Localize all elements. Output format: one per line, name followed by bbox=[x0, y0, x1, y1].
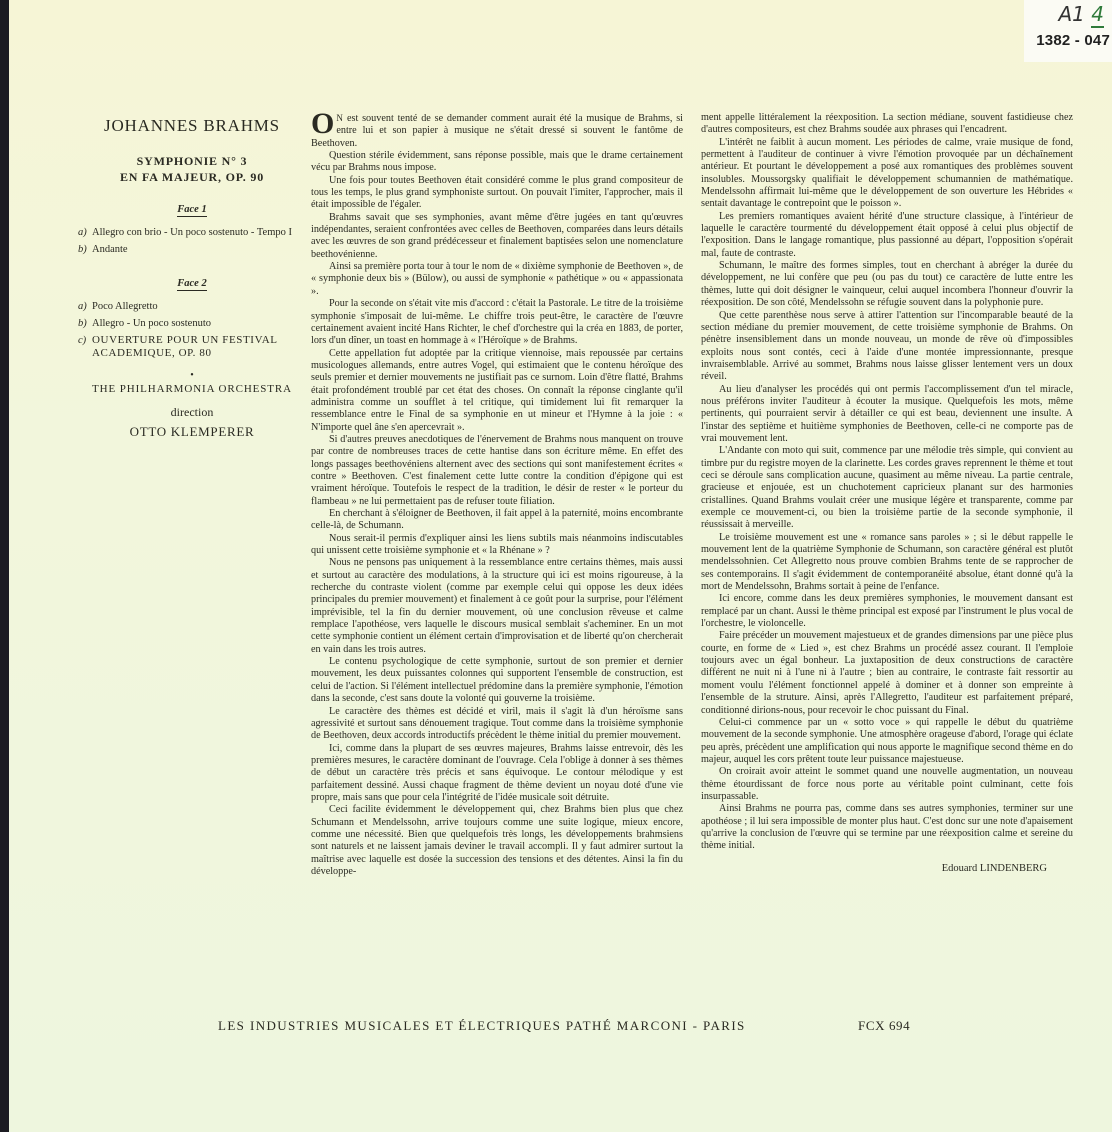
liner-paragraph: ment appelle littéralement la réexpositi… bbox=[701, 112, 1073, 137]
liner-notes-column-2: ment appelle littéralement la réexpositi… bbox=[701, 112, 1073, 875]
liner-paragraph: Le contenu psychologique de cette sympho… bbox=[311, 656, 683, 705]
face-1-tracklist: a) Allegro con brio - Un poco sostenuto … bbox=[78, 226, 306, 256]
face-2-tracklist: a) Poco Allegretto b) Allegro - Un poco … bbox=[78, 300, 306, 360]
liner-paragraph: Que cette parenthèse nous serve à attire… bbox=[701, 310, 1073, 384]
liner-paragraph: Ainsi sa première porta tour à tour le n… bbox=[311, 261, 683, 298]
face-2-heading: Face 2 bbox=[177, 278, 206, 291]
track-item: b) Allegro - Un poco sostenuto bbox=[78, 317, 306, 330]
direction-label: direction bbox=[78, 405, 306, 420]
track-item: b) Andante bbox=[78, 243, 306, 256]
liner-paragraph: Nous serait-il permis d'expliquer ainsi … bbox=[311, 533, 683, 558]
conductor-name: OTTO KLEMPERER bbox=[78, 424, 306, 440]
liner-paragraph: Ceci facilite évidemment le développemen… bbox=[311, 804, 683, 878]
handwritten-note: A1 4 bbox=[1059, 2, 1105, 26]
liner-paragraph: En cherchant à s'éloigner de Beethoven, … bbox=[311, 508, 683, 533]
liner-paragraph: Ici, comme dans la plupart de ses œuvres… bbox=[311, 743, 683, 805]
publisher-footer: LES INDUSTRIES MUSICALES ET ÉLECTRIQUES … bbox=[218, 1018, 918, 1034]
liner-paragraph: Au lieu d'analyser les procédés qui ont … bbox=[701, 384, 1073, 446]
liner-paragraph: Si d'autres preuves anecdotiques de l'én… bbox=[311, 434, 683, 508]
publisher-name: LES INDUSTRIES MUSICALES ET ÉLECTRIQUES … bbox=[218, 1018, 746, 1033]
liner-paragraph: Cette appellation fut adoptée par la cri… bbox=[311, 348, 683, 434]
track-item: a) Allegro con brio - Un poco sostenuto … bbox=[78, 226, 306, 239]
liner-paragraph: On croirait avoir atteint le sommet quan… bbox=[701, 766, 1073, 803]
liner-paragraph: ON est souvent tenté de se demander comm… bbox=[311, 112, 683, 150]
liner-notes-column-1: ON est souvent tenté de se demander comm… bbox=[311, 112, 683, 878]
liner-paragraph: Ainsi Brahms ne pourra pas, comme dans s… bbox=[701, 803, 1073, 852]
liner-paragraph: Brahms savait que ses symphonies, avant … bbox=[311, 212, 683, 261]
catalog-number: FCX 694 bbox=[858, 1018, 910, 1034]
orchestra-name: THE PHILHARMONIA ORCHESTRA bbox=[78, 383, 306, 395]
track-item: c) OUVERTURE POUR UN FESTIVAL ACADEMIQUE… bbox=[78, 334, 306, 360]
liner-paragraph: Ici encore, comme dans les deux première… bbox=[701, 593, 1073, 630]
face-1-heading: Face 1 bbox=[177, 204, 206, 217]
separator-bullet: • bbox=[78, 370, 306, 381]
archive-catalog-code: 1382 - 047 bbox=[1036, 32, 1110, 49]
liner-paragraph: L'Andante con moto qui suit, commence pa… bbox=[701, 445, 1073, 531]
archive-sticker: A1 4 1382 - 047 bbox=[1024, 0, 1112, 62]
liner-paragraph: Une fois pour toutes Beethoven était con… bbox=[311, 175, 683, 212]
composer-name: JOHANNES BRAHMS bbox=[78, 116, 306, 136]
liner-paragraph: Faire précéder un mouvement majestueux e… bbox=[701, 630, 1073, 716]
liner-paragraph: Schumann, le maître des formes simples, … bbox=[701, 260, 1073, 309]
liner-paragraph: Nous ne pensons pas uniquement à la ress… bbox=[311, 557, 683, 656]
author-signature: Edouard LINDENBERG bbox=[701, 863, 1073, 875]
drop-cap: O bbox=[311, 112, 334, 136]
work-title: SYMPHONIE N° 3 EN FA MAJEUR, OP. 90 bbox=[78, 153, 306, 185]
liner-paragraph: Le troisième mouvement est une « romance… bbox=[701, 532, 1073, 594]
liner-paragraph: Question stérile évidemment, sans répons… bbox=[311, 150, 683, 175]
liner-paragraph: Les premiers romantiques avaient hérité … bbox=[701, 211, 1073, 260]
liner-paragraph: Le caractère des thèmes est décidé et vi… bbox=[311, 706, 683, 743]
sleeve-spine-edge bbox=[0, 0, 9, 1132]
liner-paragraph: L'intérêt ne faiblit à aucun moment. Les… bbox=[701, 137, 1073, 211]
track-item: a) Poco Allegretto bbox=[78, 300, 306, 313]
liner-paragraph: Pour la seconde on s'était vite mis d'ac… bbox=[311, 298, 683, 347]
record-sleeve-back: A1 4 1382 - 047 JOHANNES BRAHMS SYMPHONI… bbox=[0, 0, 1112, 1132]
liner-paragraph: Celui-ci commence par un « sotto voce » … bbox=[701, 717, 1073, 766]
program-column: JOHANNES BRAHMS SYMPHONIE N° 3 EN FA MAJ… bbox=[78, 116, 306, 440]
